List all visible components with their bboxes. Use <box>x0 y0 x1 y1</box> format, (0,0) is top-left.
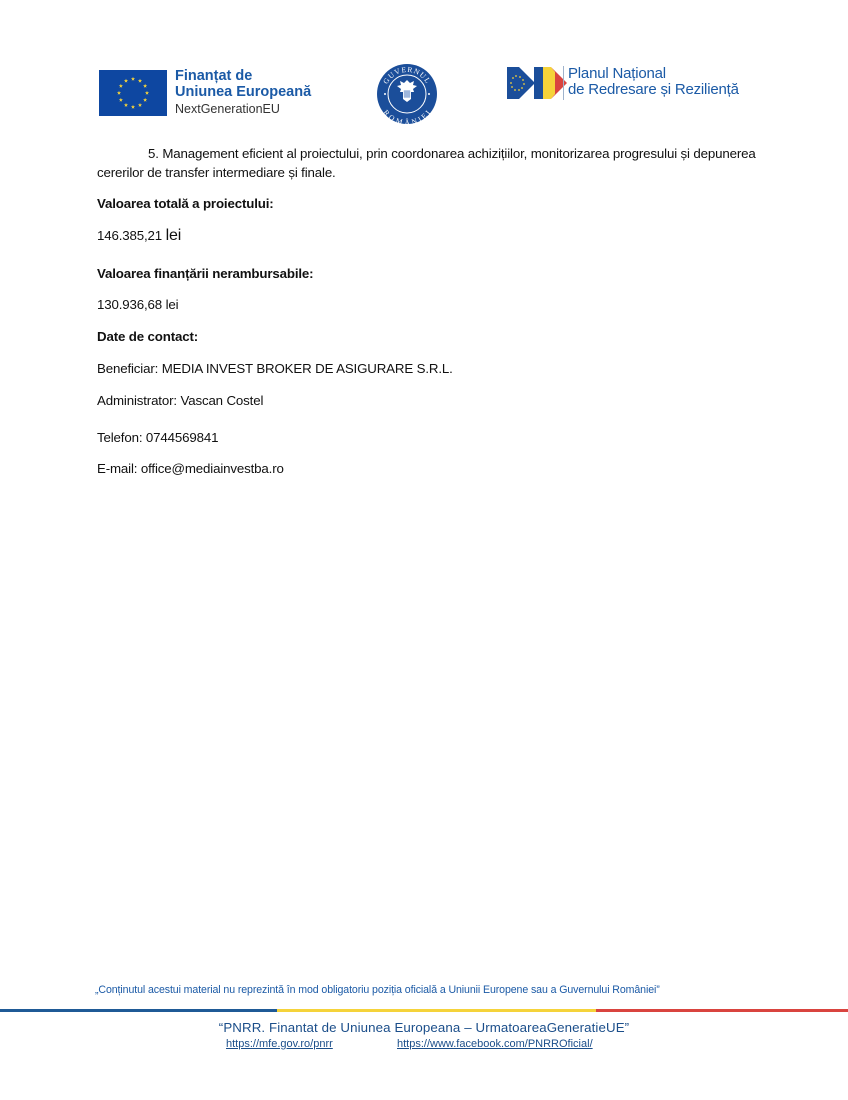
total-value: 146.385,21 lei <box>97 227 181 245</box>
tricolor-divider <box>0 1009 848 1012</box>
pnrr-logo-text: Planul Național de Redresare și Rezilien… <box>568 66 739 98</box>
pnrr-logo-line1: Planul Național <box>568 66 739 82</box>
total-value-label: Valoarea totală a proiectului: <box>97 196 274 211</box>
eu-logo-line1: Finanțat de <box>175 68 311 84</box>
mfe-pnrr-link[interactable]: https://mfe.gov.ro/pnrr <box>226 1038 333 1050</box>
grant-value-label: Valoarea finanțării nerambursabile: <box>97 266 313 281</box>
contact-heading: Date de contact: <box>97 329 198 344</box>
footer-slogan: “PNRR. Finantat de Uniunea Europeana – U… <box>0 1020 848 1035</box>
footer-disclaimer: „Conținutul acestui material nu reprezin… <box>95 984 660 996</box>
tricolor-red <box>596 1009 848 1012</box>
tricolor-blue <box>0 1009 277 1012</box>
pnrr-logo-divider <box>563 66 564 100</box>
eu-flag-icon <box>99 70 167 116</box>
facebook-pnrr-link[interactable]: https://www.facebook.com/PNRROficial/ <box>397 1038 593 1050</box>
pnrr-arrows-icon <box>507 67 569 99</box>
eu-logo-line2: Uniunea Europeană <box>175 84 311 100</box>
pnrr-logo-line2: de Redresare și Reziliență <box>568 82 739 98</box>
guvernul-romaniei-seal-icon: GUVERNUL ROMÂNIEI <box>376 63 438 125</box>
contact-beneficiary: Beneficiar: MEDIA INVEST BROKER DE ASIGU… <box>97 361 453 376</box>
tricolor-yellow <box>277 1009 596 1012</box>
total-value-amount: 146.385,21 <box>97 228 162 243</box>
grant-value: 130.936,68 lei <box>97 297 178 312</box>
project-activity-item-5: 5. Management eficient al proiectului, p… <box>97 144 757 182</box>
contact-administrator: Administrator: Vascan Costel <box>97 393 263 408</box>
eu-funding-logo-text: Finanțat de Uniunea Europeană NextGenera… <box>175 68 311 117</box>
contact-email: E-mail: office@mediainvestba.ro <box>97 461 284 476</box>
eu-logo-line3: NextGenerationEU <box>175 101 311 117</box>
contact-phone: Telefon: 0744569841 <box>97 430 218 445</box>
total-value-currency: lei <box>166 227 182 244</box>
